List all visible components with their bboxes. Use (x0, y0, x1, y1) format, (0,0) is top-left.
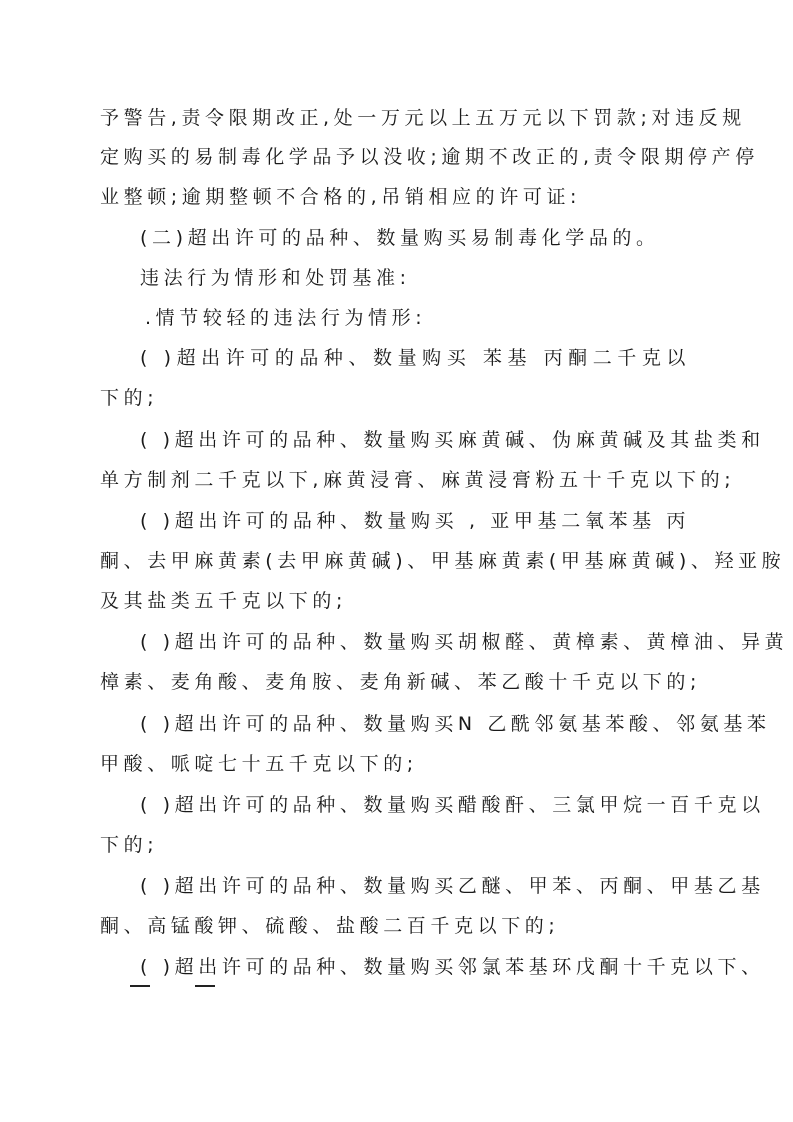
section-heading: (二)超出许可的品种、数量购买易制毒化学品的。 (140, 224, 690, 252)
list-item-line: ( )超出许可的品种、数量购买乙醚、甲苯、丙酮、甲基乙基 (140, 872, 690, 900)
text-line: 甲酸、哌啶七十五千克以下的; (100, 750, 690, 778)
text-line: 予警告,责令限期改正,处一万元以上五万元以下罚款;对违反规 (100, 104, 690, 132)
subheading: .情节较轻的违法行为情形: (145, 304, 690, 332)
document-page: 予警告,责令限期改正,处一万元以上五万元以下罚款;对违反规 定购买的易制毒化学品… (0, 0, 793, 1122)
list-item-line: ( )超出许可的品种、数量购买 苯基 丙酮二千克以 (140, 344, 690, 372)
list-item-line: ( )超出许可的品种、数量购买麻黄碱、伪麻黄碱及其盐类和 (140, 426, 690, 454)
text-line: 定购买的易制毒化学品予以没收;逾期不改正的,责令限期停产停 (100, 143, 690, 171)
list-item-line: ( )超出许可的品种、数量购买邻氯苯基环戊酮十千克以下、 (140, 953, 690, 981)
dash-right (195, 985, 215, 987)
list-item-line: ( )超出许可的品种、数量购买N 乙酰邻氨基苯酸、邻氨基苯 (140, 710, 690, 738)
subheading: 违法行为情形和处罚基准: (140, 264, 690, 292)
text-line: 酮、去甲麻黄素(去甲麻黄碱)、甲基麻黄素(甲基麻黄碱)、羟亚胺 (100, 547, 690, 575)
dash-left (130, 985, 150, 987)
list-item-line: ( )超出许可的品种、数量购买醋酸酐、三氯甲烷一百千克以 (140, 791, 690, 819)
text-line: 酮、高锰酸钾、硫酸、盐酸二百千克以下的; (100, 912, 690, 940)
list-item-line: ( )超出许可的品种、数量购买 , 亚甲基二氧苯基 丙 (140, 507, 690, 535)
list-item-line: ( )超出许可的品种、数量购买胡椒醛、黄樟素、黄樟油、异黄 (140, 628, 690, 656)
text-line: 樟素、麦角酸、麦角胺、麦角新碱、苯乙酸十千克以下的; (100, 668, 690, 696)
text-line: 业整顿;逾期整顿不合格的,吊销相应的许可证: (100, 183, 690, 211)
text-line: 下的; (100, 384, 690, 412)
text-line: 及其盐类五千克以下的; (100, 587, 690, 615)
text-line: 单方制剂二千克以下,麻黄浸膏、麻黄浸膏粉五十千克以下的; (100, 466, 690, 494)
text-line: 下的; (100, 831, 690, 859)
